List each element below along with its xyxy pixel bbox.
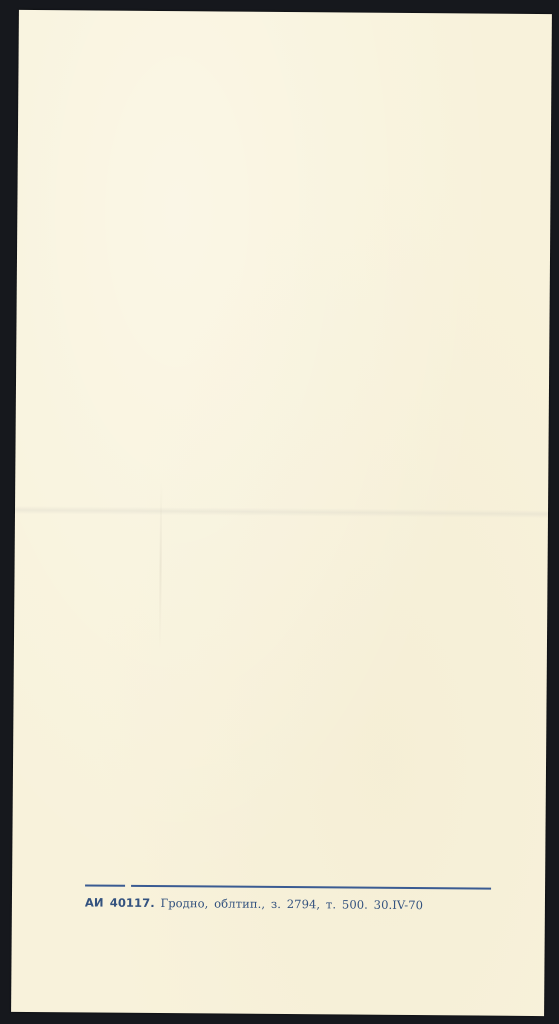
horizontal-fold-crease	[15, 506, 548, 518]
imprint-line: АИ 40117. Гродно, облтип., з. 2794, т. 5…	[85, 895, 495, 912]
vertical-crease	[159, 481, 162, 651]
rule-long-segment	[131, 885, 491, 889]
scan-background: АИ 40117. Гродно, облтип., з. 2794, т. 5…	[0, 0, 559, 1024]
imprint-details: Гродно, облтип., з. 2794, т. 500. 30.IV-…	[160, 896, 423, 912]
imprint-rule	[85, 884, 495, 889]
imprint-code: АИ 40117.	[85, 895, 155, 910]
paper-sheet: АИ 40117. Гродно, облтип., з. 2794, т. 5…	[11, 10, 552, 1016]
printer-imprint: АИ 40117. Гродно, облтип., з. 2794, т. 5…	[85, 884, 495, 912]
rule-short-segment	[85, 884, 125, 886]
